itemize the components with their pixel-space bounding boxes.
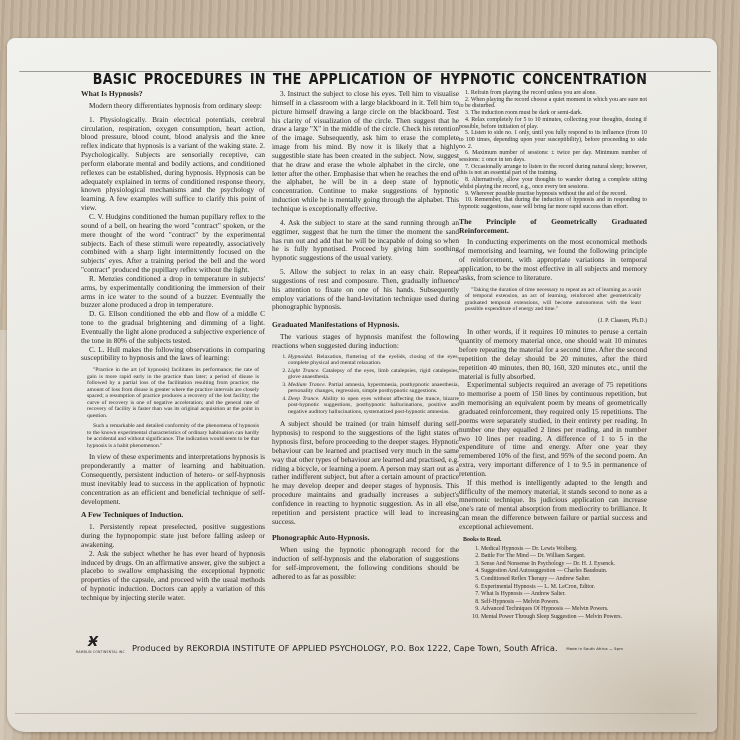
stage-item: Deep Trance. Ability to open eyes withou… (288, 396, 459, 416)
rule-item: 8. Alternatively, allow your thoughts to… (459, 177, 647, 190)
quote: "Practice in the art (of hypnosis) facil… (87, 367, 259, 419)
stage-name: Deep Trance. (288, 396, 322, 402)
rule-item: 10. Remember, that during the induction … (459, 197, 647, 210)
stage-name: Hypnoidal. (288, 354, 317, 360)
book-item: Sense And Nonsense In Psychology — Dr. H… (481, 561, 647, 568)
paragraph: In conducting experiments on the most ec… (459, 238, 647, 282)
stages-list: Hypnoidal. Relaxation, fluttering of the… (272, 354, 459, 416)
rule-item: 3. The induction room must be dark or se… (459, 110, 647, 117)
paragraph: 5. Allow the subject to relax in an easy… (272, 268, 459, 312)
quote: "Taking the duration of time necessary t… (465, 287, 641, 313)
paragraph: C. V. Hudgins conditioned the human pupi… (81, 213, 265, 275)
heading-techniques: A Few Techniques of Induction. (81, 511, 265, 520)
books-heading: Books to Read. (463, 536, 647, 545)
paragraph: R. Menzies conditioned a drop in tempera… (81, 275, 265, 310)
label-logo: Ӿ RAMBLIN CONTINENTAL INC (76, 635, 124, 657)
logo-text: RAMBLIN CONTINENTAL INC (76, 650, 125, 654)
rule-item: 1. Refrain from playing the record unles… (459, 90, 647, 97)
heading-geometric-reinforcement: The Principle of Geometrically Graduated… (459, 218, 647, 236)
rule-item: 2. When playing the record choose a quie… (459, 97, 647, 110)
book-item: What Is Hypnosis — Andrew Salter. (481, 591, 647, 598)
logo-icon: Ӿ (88, 635, 98, 650)
rule-item: 7. Occasionally arrange to listen to the… (459, 164, 647, 177)
paragraph: D. G. Ellson conditioned the ebb and flo… (81, 310, 265, 345)
books-list: Medical Hypnosis — Dr. Lewis Wolberg.Bat… (459, 546, 647, 621)
rules-list: 1. Refrain from playing the record unles… (459, 90, 647, 211)
heading-graduated-manifestations: Graduated Manifestations of Hypnosis. (272, 321, 459, 330)
stage-name: Light Trance. (288, 368, 322, 374)
paragraph: Experimental subjects required an averag… (459, 381, 647, 478)
produced-by-text: Produced by REKORDIA INSTITUTE OF APPLIE… (132, 643, 558, 653)
paragraph: 1. Persistently repeat preselected, posi… (81, 523, 265, 550)
rule-item: 5. Listen to side no. 1 only, until you … (459, 130, 647, 150)
book-item: Advanced Techniques Of Hypnosis — Melvin… (481, 606, 647, 613)
book-item: Suggestion And Autosuggestion — Charles … (481, 568, 647, 575)
stage-item: Light Trance. Catalepsy of the eyes, lim… (288, 368, 459, 381)
stage-name: Medium Trance. (288, 382, 328, 388)
column-2: 3. Instruct the subject to close his eye… (272, 90, 459, 582)
paragraph: A subject should be trained (or train hi… (272, 420, 459, 526)
page-title: BASIC PROCEDURES IN THE APPLICATION OF H… (67, 70, 674, 88)
paragraph: In view of these experiments and interpr… (81, 453, 265, 506)
heading-what-is-hypnosis: What Is Hypnosis? (81, 90, 265, 99)
paragraph: In other words, if it requires 10 minute… (459, 328, 647, 381)
stage-item: Hypnoidal. Relaxation, fluttering of the… (288, 354, 459, 367)
paragraph: 3. Instruct the subject to close his eye… (272, 90, 459, 214)
paragraph: C. L. Hull makes the following observati… (81, 346, 265, 364)
paragraph: 1. Physiologically. Brain electrical pot… (81, 116, 265, 213)
book-item: Experimental Hypnosis — L. M. LeCron, Ed… (481, 584, 647, 591)
book-item: Medical Hypnosis — Dr. Lewis Wolberg. (481, 546, 647, 553)
book-item: Battle For The Mind — Dr. William Sargan… (481, 553, 647, 560)
rule-item: 6. Maximum number of sessions: ± twice p… (459, 150, 647, 163)
paragraph: 4. Ask the subject to stare at the sand … (272, 219, 459, 263)
book-item: Mental Power Through Sleep Suggestion — … (481, 614, 647, 621)
book-item: Self-Hypnosis — Melvin Powers. (481, 599, 647, 606)
citation: (J. P. Claasen, Ph.D.) (459, 317, 647, 326)
rule-item: 4. Relax completely for 5 to 10 minutes,… (459, 117, 647, 130)
column-3: 1. Refrain from playing the record unles… (459, 90, 647, 622)
book-item: Conditioned Reflex Therapy — Andrew Salt… (481, 576, 647, 583)
paragraph: If this method is intelligently adapted … (459, 479, 647, 532)
paragraph: Modern theory differentiates hypnosis fr… (81, 102, 265, 111)
paragraph: 2. Ask the subject whether he has ever h… (81, 550, 265, 603)
column-1: What Is Hypnosis? Modern theory differen… (81, 90, 265, 603)
made-in-text: Made in South Africa — 5pm (566, 646, 623, 651)
paragraph: The various stages of hypnosis manifest … (272, 333, 459, 351)
paragraph: When using the hypnotic phonograph recor… (272, 546, 459, 581)
quote: Such a remarkable and detailed conformit… (87, 423, 259, 449)
producer-line: Produced by REKORDIA INSTITUTE OF APPLIE… (132, 643, 623, 653)
heading-phonographic-auto-hypnosis: Phonographic Auto-Hypnosis. (272, 534, 459, 543)
stage-item: Medium Trance. Partial amnesia, hypermne… (288, 382, 459, 395)
